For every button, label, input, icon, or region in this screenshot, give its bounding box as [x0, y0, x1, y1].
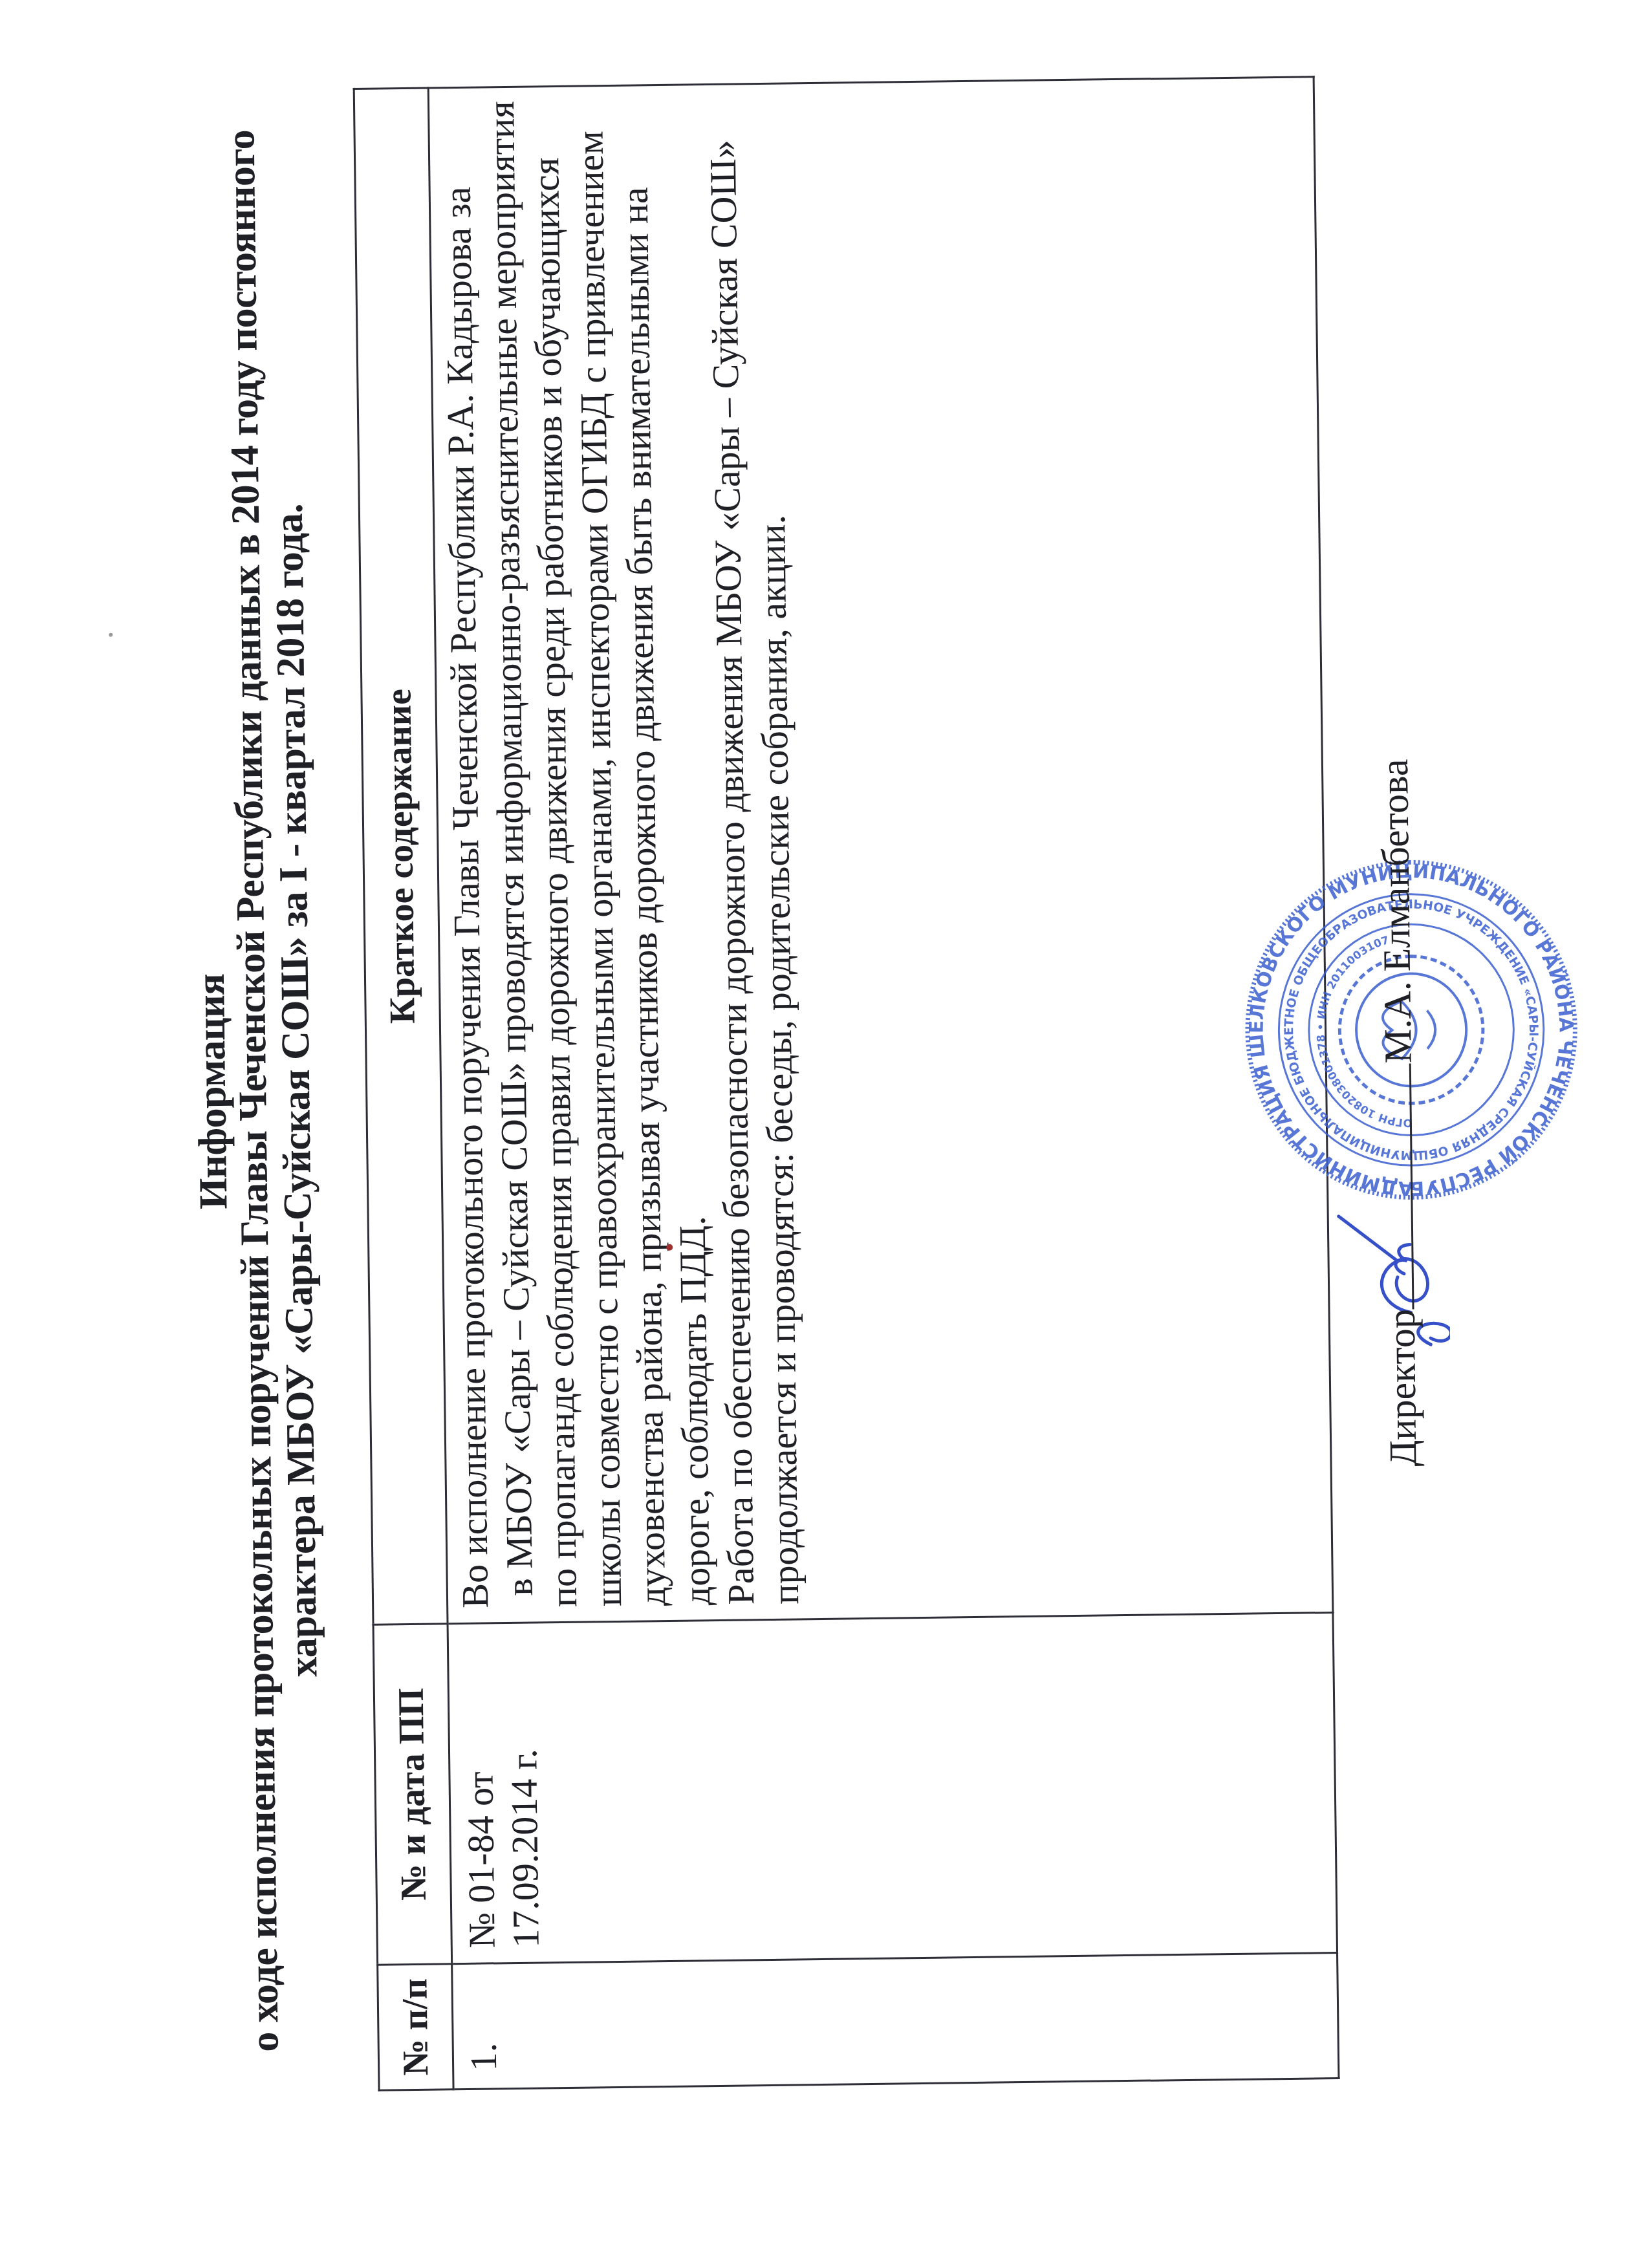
header-order-number-date: № и дата ПП — [373, 1624, 452, 1965]
table-row: 1. № 01-84 от 17.09.2014 г. Во исполнени… — [428, 77, 1339, 2090]
row-number: 1. — [462, 2043, 505, 2071]
signer-name: М.А. Елманбетова — [1373, 759, 1420, 1063]
summary-cell: Во исполнение протокольного поручения Гл… — [428, 77, 1333, 1624]
scan-speck — [666, 1244, 673, 1251]
scan-speck — [109, 633, 113, 637]
order-number: № 01-84 от — [457, 1624, 504, 1949]
signature-block: ДиректорМ.А. Елманбетова — [1372, 759, 1426, 1467]
order-cell: № 01-84 от 17.09.2014 г. — [448, 1613, 1337, 1964]
report-table: № п/п № и дата ПП Краткое содержание 1. … — [353, 76, 1340, 2091]
row-number-cell: 1. — [452, 1952, 1339, 2089]
header-row-number: № п/п — [378, 1964, 453, 2090]
order-date: 17.09.2014 г. — [501, 1623, 548, 1948]
scanned-page: Информация о ходе исполнения протокольны… — [0, 0, 1635, 2268]
signature-line — [1376, 1063, 1414, 1310]
signer-position: Директор — [1380, 1309, 1425, 1467]
